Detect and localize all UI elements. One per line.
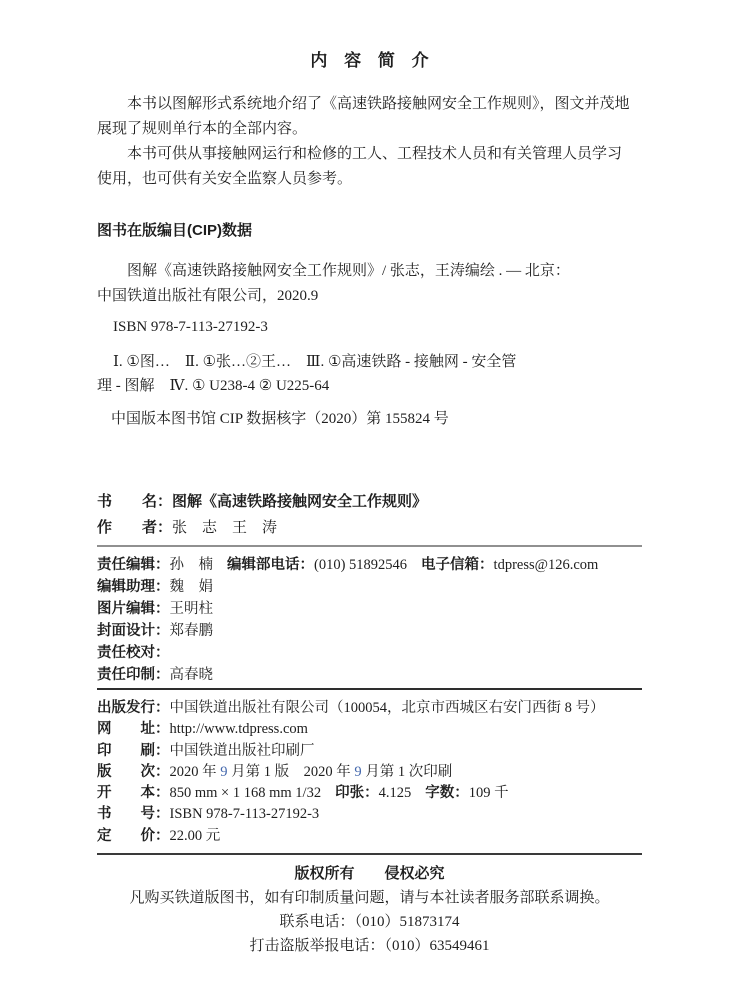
cip-entry-line-2: 中国铁道出版社有限公司，2020.9 [97,284,642,309]
word-count-label: 字数： [425,785,469,801]
book-author-value: 张 志 王 涛 [172,520,277,536]
piracy-report-phone: 打击盗版举报电话：（010）63549461 [97,934,642,958]
printer-label: 印 刷： [97,743,170,759]
book-title-label: 书 名： [97,493,172,510]
contact-phone: 联系电话：（010）51873174 [97,910,642,934]
cip-classification-line-2: 理 - 图解 Ⅳ. ① U238-4 ② U225-64 [97,374,642,398]
isbn-row: 书 号：ISBN 978-7-113-27192-3 [97,804,642,825]
website-value: http://www.tdpress.com [170,721,308,737]
summary-paragraph-2-line-2: 使用，也可供有关安全监察人员参考。 [97,167,642,192]
edition-value-part3: 月第 1 次印刷 [362,764,453,780]
cover-design-label: 封面设计： [97,623,170,639]
format-value: 850 mm × 1 168 mm 1/32 [170,785,322,801]
responsible-editor-value: 孙 楠 [170,557,214,573]
print-supervisor-row: 责任印制：高春晓 [97,664,642,686]
divider-bottom [97,853,642,855]
printed-sheets-label: 印张： [335,785,379,801]
photo-editor-label: 图片编辑： [97,601,170,617]
isbn-value: ISBN 978-7-113-27192-3 [170,806,320,822]
editors-section: 责任编辑：孙 楠编辑部电话：(010) 51892546电子信箱：tdpress… [97,554,642,686]
book-copyright-page: 内 容 简 介 本书以图解形式系统地介绍了《高速铁路接触网安全工作规则》，图文并… [0,0,730,1008]
email-label: 电子信箱： [421,557,494,573]
section-title: 内 容 简 介 [97,50,642,72]
cip-entry-line-1: 图解《高速铁路接触网安全工作规则》/ 张志，王涛编绘 . — 北京： [97,259,642,284]
photo-editor-row: 图片编辑：王明柱 [97,598,642,620]
publisher-value: 中国铁道出版社有限公司（100054，北京市西城区右安门西街 8 号） [170,700,605,716]
word-count-value: 109 千 [469,785,509,801]
edition-value-part2: 月第 1 版 2020 年 [228,764,355,780]
format-row: 开 本：850 mm × 1 168 mm 1/32印张：4.125字数：109… [97,783,642,804]
website-label: 网 址： [97,721,170,737]
print-supervisor-value: 高春晓 [170,667,214,683]
edition-label: 版 次： [97,764,170,780]
printer-value: 中国铁道出版社印刷厂 [170,743,315,759]
price-label: 定 价： [97,828,170,844]
copyright-notice-section: 版权所有 侵权必究 凡购买铁道版图书，如有印制质量问题，请与本社读者服务部联系调… [97,862,642,958]
isbn-label: 书 号： [97,806,170,822]
proofreader-label: 责任校对： [97,645,170,661]
print-supervisor-label: 责任印制： [97,667,170,683]
photo-editor-value: 王明柱 [170,601,214,617]
edition-value-part1: 2020 年 [170,764,221,780]
book-title-row: 书 名：图解《高速铁路接触网安全工作规则》 [97,489,642,515]
copyright-notice: 版权所有 侵权必究 [97,862,642,886]
printed-sheets-value: 4.125 [379,785,412,801]
edition-row: 版 次：2020 年 9 月第 1 版 2020 年 9 月第 1 次印刷 [97,762,642,783]
proofreader-row: 责任校对： [97,642,642,664]
summary-paragraph-1-line-2: 展现了规则单行本的全部内容。 [97,117,642,142]
summary-paragraph-1-line-1: 本书以图解形式系统地介绍了《高速铁路接触网安全工作规则》，图文并茂地 [97,92,642,117]
responsible-editor-label: 责任编辑： [97,557,170,573]
book-author-row: 作 者：张 志 王 涛 [97,515,642,541]
edition-month-1: 9 [220,764,227,780]
price-row: 定 价：22.00 元 [97,826,642,847]
divider-middle [97,688,642,690]
editor-assistant-value: 魏 娟 [170,579,214,595]
publisher-row: 出版发行：中国铁道出版社有限公司（100054，北京市西城区右安门西街 8 号） [97,698,642,719]
cover-design-row: 封面设计：郑春鹏 [97,620,642,642]
format-label: 开 本： [97,785,170,801]
cip-record-number: 中国版本图书馆 CIP 数据核字（2020）第 155824 号 [97,407,642,432]
cip-data-section: 图书在版编目(CIP)数据 图解《高速铁路接触网安全工作规则》/ 张志，王涛编绘… [97,220,642,432]
printer-row: 印 刷：中国铁道出版社印刷厂 [97,741,642,762]
content-summary-section: 内 容 简 介 本书以图解形式系统地介绍了《高速铁路接触网安全工作规则》，图文并… [97,50,642,192]
publishing-section: 出版发行：中国铁道出版社有限公司（100054，北京市西城区右安门西街 8 号）… [97,698,642,847]
dept-phone-label: 编辑部电话： [227,557,314,573]
editor-assistant-row: 编辑助理：魏 娟 [97,576,642,598]
editor-assistant-label: 编辑助理： [97,579,170,595]
responsible-editor-row: 责任编辑：孙 楠编辑部电话：(010) 51892546电子信箱：tdpress… [97,554,642,576]
exchange-notice: 凡购买铁道版图书，如有印制质量问题，请与本社读者服务部联系调换。 [97,886,642,910]
book-title-value: 图解《高速铁路接触网安全工作规则》 [172,493,427,510]
publisher-label: 出版发行： [97,700,170,716]
divider-top [97,545,642,547]
cip-classification-line-1: Ⅰ. ①图… Ⅱ. ①张…②王… Ⅲ. ①高速铁路 - 接触网 - 安全管 [97,350,642,374]
email-value: tdpress@126.com [494,557,599,573]
price-value: 22.00 元 [170,828,221,844]
website-row: 网 址：http://www.tdpress.com [97,719,642,740]
dept-phone-value: (010) 51892546 [314,557,407,573]
edition-month-2: 9 [354,764,361,780]
summary-paragraph-2-line-1: 本书可供从事接触网运行和检修的工人、工程技术人员和有关管理人员学习 [97,142,642,167]
cip-heading: 图书在版编目(CIP)数据 [97,220,642,241]
book-title-section: 书 名：图解《高速铁路接触网安全工作规则》 作 者：张 志 王 涛 [97,489,642,541]
cip-isbn: ISBN 978-7-113-27192-3 [97,315,642,340]
book-author-label: 作 者： [97,519,172,536]
cover-design-value: 郑春鹏 [170,623,214,639]
